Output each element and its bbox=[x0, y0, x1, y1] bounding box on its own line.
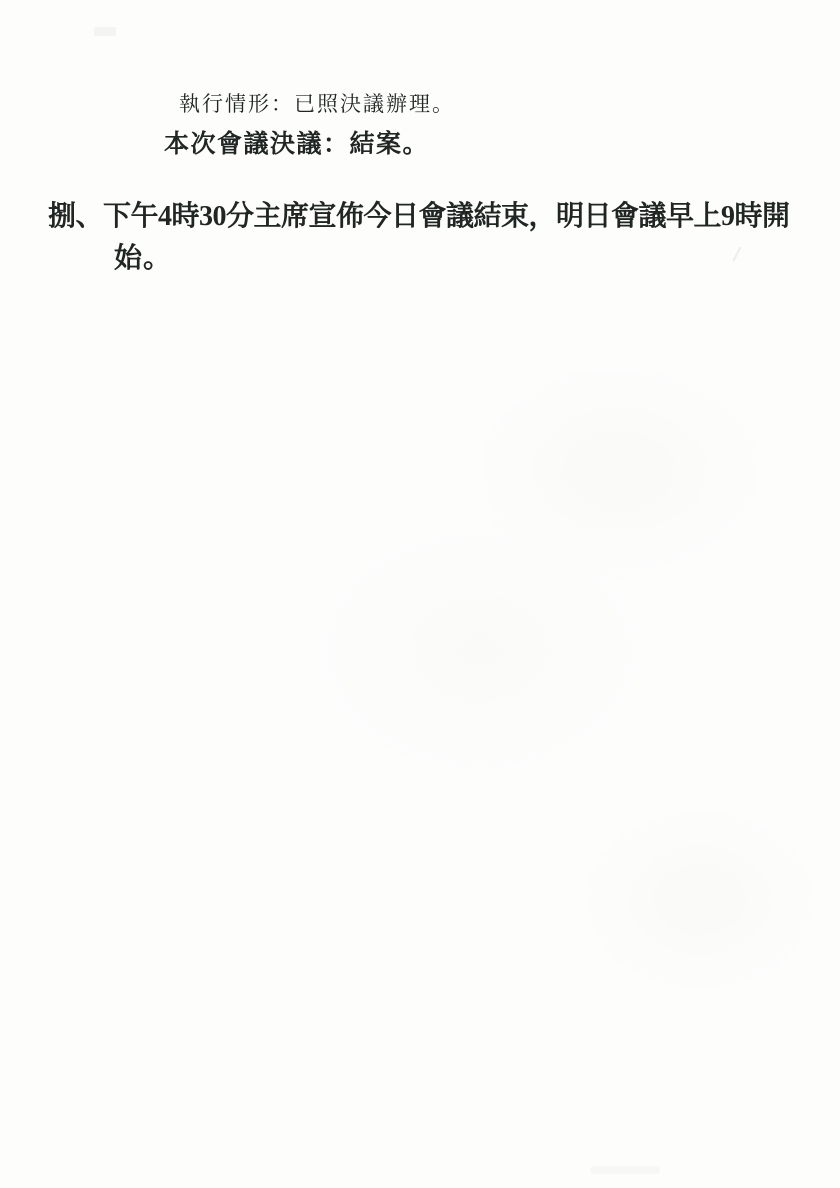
execution-status-line: 執行情形：已照決議辦理。 bbox=[179, 94, 455, 115]
meeting-resolution-line: 本次會議決議：結案。 bbox=[164, 132, 429, 157]
closing-paragraph-line2: 始。 bbox=[114, 245, 172, 273]
closing-paragraph-line1: 捌、下午4時30分主席宣佈今日會議結束，明日會議早上9時開 bbox=[48, 203, 790, 231]
scanned-document-page: 執行情形：已照決議辦理。 本次會議決議：結案。 捌、下午4時30分主席宣佈今日會… bbox=[0, 0, 840, 1188]
scan-artifact bbox=[590, 1166, 660, 1174]
scan-artifact bbox=[94, 27, 116, 36]
scan-artifact bbox=[732, 246, 741, 261]
